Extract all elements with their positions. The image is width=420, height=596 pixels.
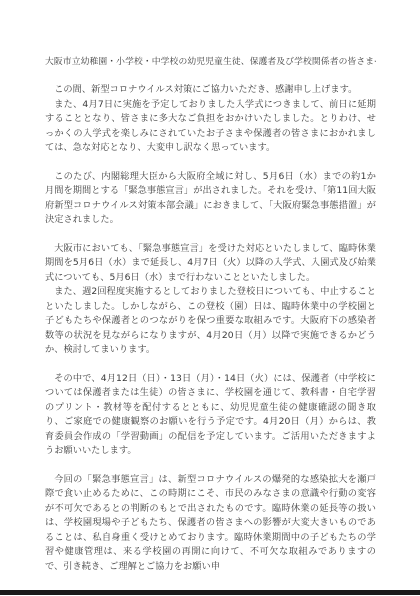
paragraph: また、週2回程度実施するとしておりました登校日についても、中止することといたしま… <box>45 285 376 358</box>
paragraph-group-5: 今回の「緊急事態宣言」は、新型コロナウイルスの爆発的な感染拡大を瀬戸際で食い止め… <box>45 473 376 575</box>
paragraph-group-1: この間、新型コロナウイルス対策にご協力いただき、感謝申し上げます。 また、4月7… <box>45 83 376 156</box>
paragraph: このたび、内閣総理大臣から大阪府全域に対し、5月6日（水）までの約1か月間を期間… <box>45 170 376 228</box>
paragraph-group-3: 大阪市においても、「緊急事態宣言」を受けた対応といたしまして、臨時休業期間を5月… <box>45 242 376 358</box>
paragraph: また、4月7日に実施を予定しておりました入学式につきまして、前日に延期することと… <box>45 98 376 156</box>
paragraph: その中で、4月12日（日）・13日（月）・14日（火）には、保護者（中学校につい… <box>45 372 376 459</box>
letter-body: 大阪市立幼稚園・小学校・中学校の幼児児童生徒、保護者及び学校関係者の皆さまへ こ… <box>0 0 420 574</box>
paragraph-group-2: このたび、内閣総理大臣から大阪府全域に対し、5月6日（水）までの約1か月間を期間… <box>45 170 376 228</box>
paragraph: 大阪市においても、「緊急事態宣言」を受けた対応といたしまして、臨時休業期間を5月… <box>45 242 376 286</box>
paragraph: この間、新型コロナウイルス対策にご協力いただき、感謝申し上げます。 <box>45 83 376 98</box>
paragraph: 今回の「緊急事態宣言」は、新型コロナウイルスの爆発的な感染拡大を瀬戸際で食い止め… <box>45 473 376 575</box>
salutation-line: 大阪市立幼稚園・小学校・中学校の幼児児童生徒、保護者及び学校関係者の皆さまへ <box>45 56 376 69</box>
page-bottom-edge <box>0 590 420 595</box>
document-page: 大阪市立幼稚園・小学校・中学校の幼児児童生徒、保護者及び学校関係者の皆さまへ こ… <box>0 0 420 596</box>
paragraph-group-4: その中で、4月12日（日）・13日（月）・14日（火）には、保護者（中学校につい… <box>45 372 376 459</box>
